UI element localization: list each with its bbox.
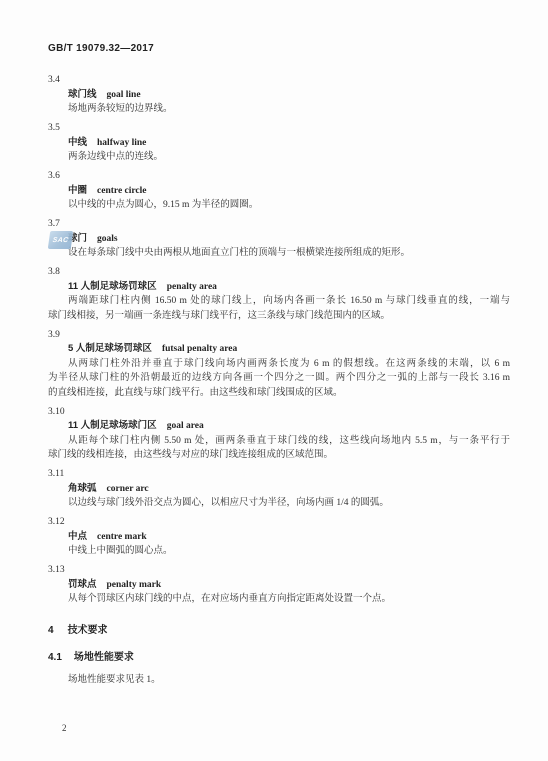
definition-line: 球门线的线相连接，由这些线与对应的球门线连接组成的区域范围。 xyxy=(48,448,510,463)
term-en: centre mark xyxy=(97,532,147,542)
term-line: 11 人制足球场球门区goal area xyxy=(48,419,510,434)
section-3-4: 3.4 球门线goal line 场地两条较短的边界线。 xyxy=(48,73,510,117)
definition-line: 设在每条球门线中央由两根从地面直立门柱的顶端与一根横梁连接所组成的矩形。 xyxy=(48,246,510,261)
chapter-heading: 4技术要求 xyxy=(48,623,510,638)
term-en: centre circle xyxy=(97,186,147,196)
term-line: 球门goals xyxy=(48,232,510,247)
term-en: corner arc xyxy=(107,484,149,494)
term-en: penalty area xyxy=(167,282,217,292)
section-3-12: 3.12 中点centre mark 中线上中圈弧的圆心点。 xyxy=(48,515,510,559)
term-line: 角球弧corner arc xyxy=(48,482,510,497)
definition-line: 从两球门柱外沿并垂直于球门线向场内画两条长度为 6 m 的假想线。在这两条线的末… xyxy=(48,357,510,372)
definition-line: 以边线与球门线外沿交点为圆心，以相应尺寸为半径，向场内画 1/4 的圆弧。 xyxy=(48,496,510,511)
subchapter-number: 4.1 xyxy=(48,652,62,663)
section-number: 3.5 xyxy=(48,121,510,136)
definition-line: 两条边线中点的连线。 xyxy=(48,150,510,165)
page-number: 2 xyxy=(62,722,67,734)
chapter-title: 技术要求 xyxy=(68,625,108,636)
term-line: 罚球点penalty mark xyxy=(48,578,510,593)
definition-line: 两端距球门柱内侧 16.50 m 处的球门线上，向场内各画一条长 16.50 m… xyxy=(48,294,510,309)
term-line: 5 人制足球场罚球区futsal penalty area xyxy=(48,342,510,357)
section-3-10: 3.10 11 人制足球场球门区goal area 从距每个球门柱内侧 5.50… xyxy=(48,405,510,463)
chapter-number: 4 xyxy=(48,625,54,636)
definition-line: 从距每个球门柱内侧 5.50 m 处，画两条垂直于球门线的线，这些线向场地内 5… xyxy=(48,434,510,449)
chapter-body-text: 场地性能要求见表 1。 xyxy=(48,673,510,688)
term-en: futsal penalty area xyxy=(162,344,237,354)
definition-line: 场地两条较短的边界线。 xyxy=(48,102,510,117)
watermark-label: SAC xyxy=(52,237,69,244)
term-zh: 中点 xyxy=(68,531,87,542)
term-line: 11 人制足球场罚球区penalty area xyxy=(48,280,510,295)
section-3-5: 3.5 中线halfway line 两条边线中点的连线。 xyxy=(48,121,510,165)
section-number: 3.12 xyxy=(48,515,510,530)
document-content: GB/T 19079.32—2017 3.4 球门线goal line 场地两条… xyxy=(48,41,510,687)
term-zh: 中线 xyxy=(68,137,87,148)
definition-line: 中线上中圈弧的圆心点。 xyxy=(48,544,510,559)
term-en: goal area xyxy=(167,421,204,431)
subchapter-title: 场地性能要求 xyxy=(74,652,134,663)
term-zh: 5 人制足球场罚球区 xyxy=(68,343,152,354)
term-zh: 11 人制足球场罚球区 xyxy=(68,281,157,292)
definition-line: 以中线的中点为圆心，9.15 m 为半径的圆圈。 xyxy=(48,198,510,213)
definition-line: 的直线相连接，此直线与球门线平行。由这些线和球门线围成的区域。 xyxy=(48,386,510,401)
term-line: 中线halfway line xyxy=(48,136,510,151)
section-3-11: 3.11 角球弧corner arc 以边线与球门线外沿交点为圆心，以相应尺寸为… xyxy=(48,467,510,511)
term-zh: 球门线 xyxy=(68,89,97,100)
term-zh: 角球弧 xyxy=(68,483,97,494)
section-3-9: 3.9 5 人制足球场罚球区futsal penalty area 从两球门柱外… xyxy=(48,328,510,401)
definition-line: 从每个罚球区内球门线的中点，在对应场内垂直方向指定距离处设置一个点。 xyxy=(48,592,510,607)
term-zh: 罚球点 xyxy=(68,579,97,590)
section-3-13: 3.13 罚球点penalty mark 从每个罚球区内球门线的中点，在对应场内… xyxy=(48,563,510,607)
term-en: goal line xyxy=(107,90,141,100)
definition-line: 球门线相接，另一端画一条连线与球门线平行，这三条线与球门线范围内的区域。 xyxy=(48,309,510,324)
section-number: 3.9 xyxy=(48,328,510,343)
standard-code-header: GB/T 19079.32—2017 xyxy=(48,41,510,56)
subchapter-heading: 4.1场地性能要求 xyxy=(48,650,510,665)
document-page: GB/T 19079.32—2017 3.4 球门线goal line 场地两条… xyxy=(0,0,548,761)
section-3-7: 3.7 球门goals 设在每条球门线中央由两根从地面直立门柱的顶端与一根横梁连… xyxy=(48,217,510,261)
term-en: halfway line xyxy=(97,138,146,148)
definition-line: 为半径从球门柱的外沿朝最近的边线方向各画一个四分之一圆。两个四分之一弧的上部与一… xyxy=(48,371,510,386)
section-number: 3.8 xyxy=(48,265,510,280)
term-zh: 11 人制足球场球门区 xyxy=(68,420,157,431)
section-3-8: 3.8 11 人制足球场罚球区penalty area 两端距球门柱内侧 16.… xyxy=(48,265,510,323)
term-line: 球门线goal line xyxy=(48,88,510,103)
term-zh: 中圈 xyxy=(68,185,87,196)
section-number: 3.13 xyxy=(48,563,510,578)
section-3-6: 3.6 中圈centre circle 以中线的中点为圆心，9.15 m 为半径… xyxy=(48,169,510,213)
sac-watermark-icon: SAC xyxy=(48,231,74,249)
section-number: 3.7 xyxy=(48,217,510,232)
term-en: goals xyxy=(97,234,118,244)
section-number: 3.10 xyxy=(48,405,510,420)
term-en: penalty mark xyxy=(107,580,162,590)
section-number: 3.6 xyxy=(48,169,510,184)
section-number: 3.4 xyxy=(48,73,510,88)
term-line: 中点centre mark xyxy=(48,530,510,545)
term-line: 中圈centre circle xyxy=(48,184,510,199)
section-number: 3.11 xyxy=(48,467,510,482)
